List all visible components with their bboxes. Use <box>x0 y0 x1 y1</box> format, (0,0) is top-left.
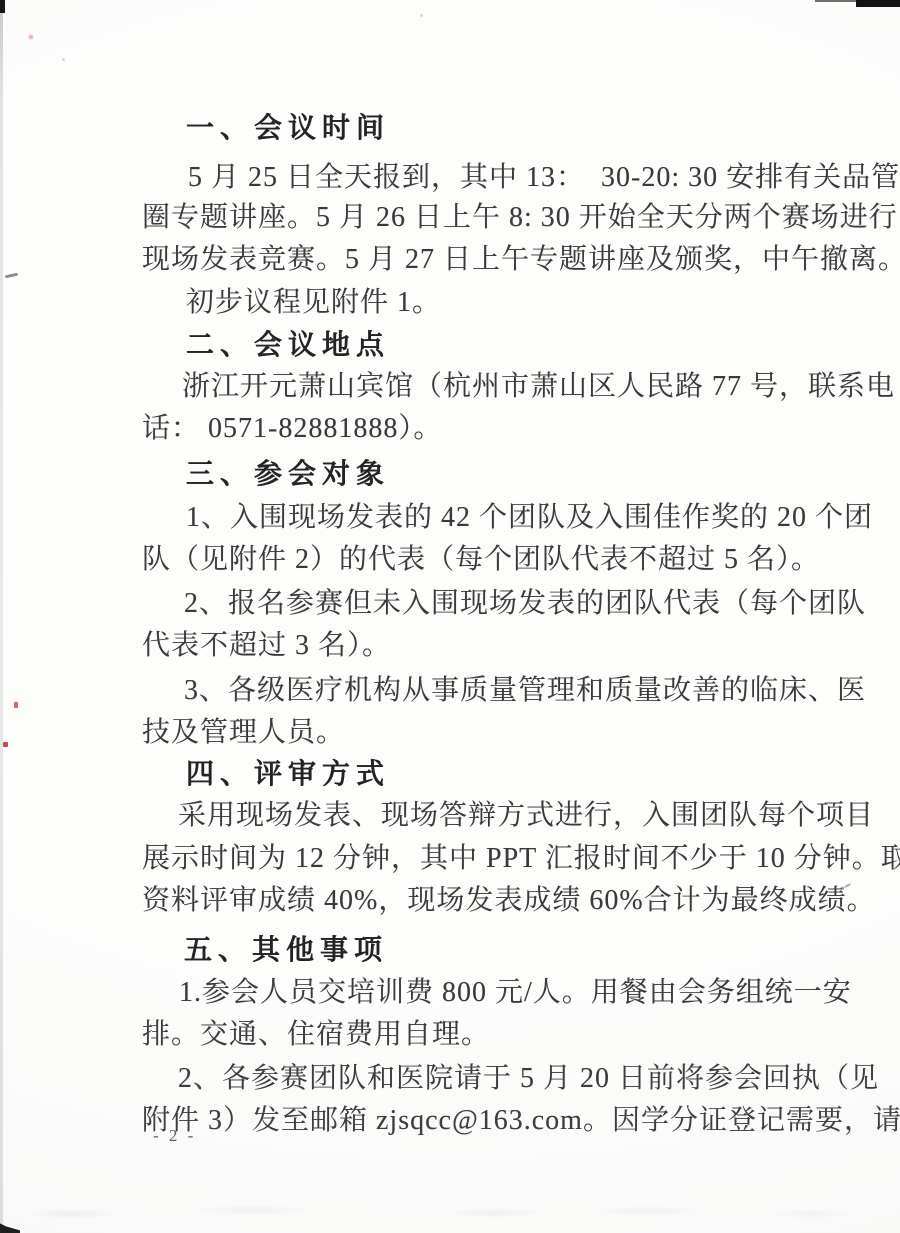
text-line: 展示时间为 12 分钟，其中 PPT 汇报时间不少于 10 分钟。取 <box>142 836 900 876</box>
scan-artifact-bottom-left <box>0 1221 20 1233</box>
text-line: 现场发表竞赛。5 月 27 日上午专题讲座及颁奖，中午撤离。 <box>142 237 900 277</box>
section-heading-3: 三、参会对象 <box>186 452 390 492</box>
scan-left-edge-shadow <box>0 0 3 1233</box>
text-line: 资料评审成绩 40%，现场发表成绩 60%合计为最终成绩。 <box>142 878 876 918</box>
text-line: 2、各参赛团队和医院请于 5 月 20 日前将参会回执（见 <box>178 1056 879 1096</box>
section-heading-1: 一、会议时间 <box>186 106 390 146</box>
scan-noise-speck <box>62 58 65 61</box>
scanned-document-page: 一、会议时间5 月 25 日全天报到，其中 13： 30-20: 30 安排有关… <box>0 0 900 1233</box>
section-heading-4: 四、评审方式 <box>186 752 390 792</box>
scan-noise-speck <box>846 884 849 887</box>
text-line: 附件 3）发至邮箱 zjsqcc@163.com。因学分证登记需要，请 <box>142 1098 900 1138</box>
scan-speck-pink <box>28 34 34 40</box>
text-line: 话： 0571-82881888）。 <box>142 406 442 446</box>
text-line: 1.参会人员交培训费 800 元/人。用餐由会务组统一安 <box>179 970 852 1010</box>
text-line: 队（见附件 2）的代表（每个团队代表不超过 5 名）。 <box>142 537 820 577</box>
section-heading-2: 二、会议地点 <box>186 323 390 363</box>
text-line: 初步议程见附件 1。 <box>186 280 441 320</box>
scan-tick-left-margin <box>5 273 18 279</box>
text-line: 5 月 25 日全天报到，其中 13： 30-20: 30 安排有关品管 <box>188 155 900 195</box>
scan-artifact-top-right <box>856 0 900 7</box>
scan-noise-speck <box>420 14 423 17</box>
text-line: 技及管理人员。 <box>142 710 345 750</box>
scan-speck-red-1 <box>14 702 18 708</box>
text-line: 2、报名参赛但未入围现场发表的团队代表（每个团队 <box>184 581 866 621</box>
text-line: 1、入围现场发表的 42 个团队及入围佳作奖的 20 个团 <box>186 495 873 535</box>
text-line: 圈专题讲座。5 月 26 日上午 8: 30 开始全天分两个赛场进行 <box>142 195 898 235</box>
section-heading-5: 五、其他事项 <box>184 928 388 968</box>
scan-artifact-top-left <box>0 0 5 13</box>
scan-smudge-bottom <box>0 1203 900 1221</box>
scan-speck-red-2 <box>3 742 8 747</box>
text-line: 采用现场发表、现场答辩方式进行，入围团队每个项目 <box>178 793 874 833</box>
text-line: 代表不超过 3 名）。 <box>142 623 391 663</box>
scan-artifact-top-line <box>815 0 860 2</box>
page-number: - 2 - <box>153 1126 196 1146</box>
text-line: 3、各级医疗机构从事质量管理和质量改善的临床、医 <box>184 668 866 708</box>
text-line: 排。交通、住宿费用自理。 <box>142 1012 490 1052</box>
text-line: 浙江开元萧山宾馆（杭州市萧山区人民路 77 号，联系电 <box>182 364 895 404</box>
